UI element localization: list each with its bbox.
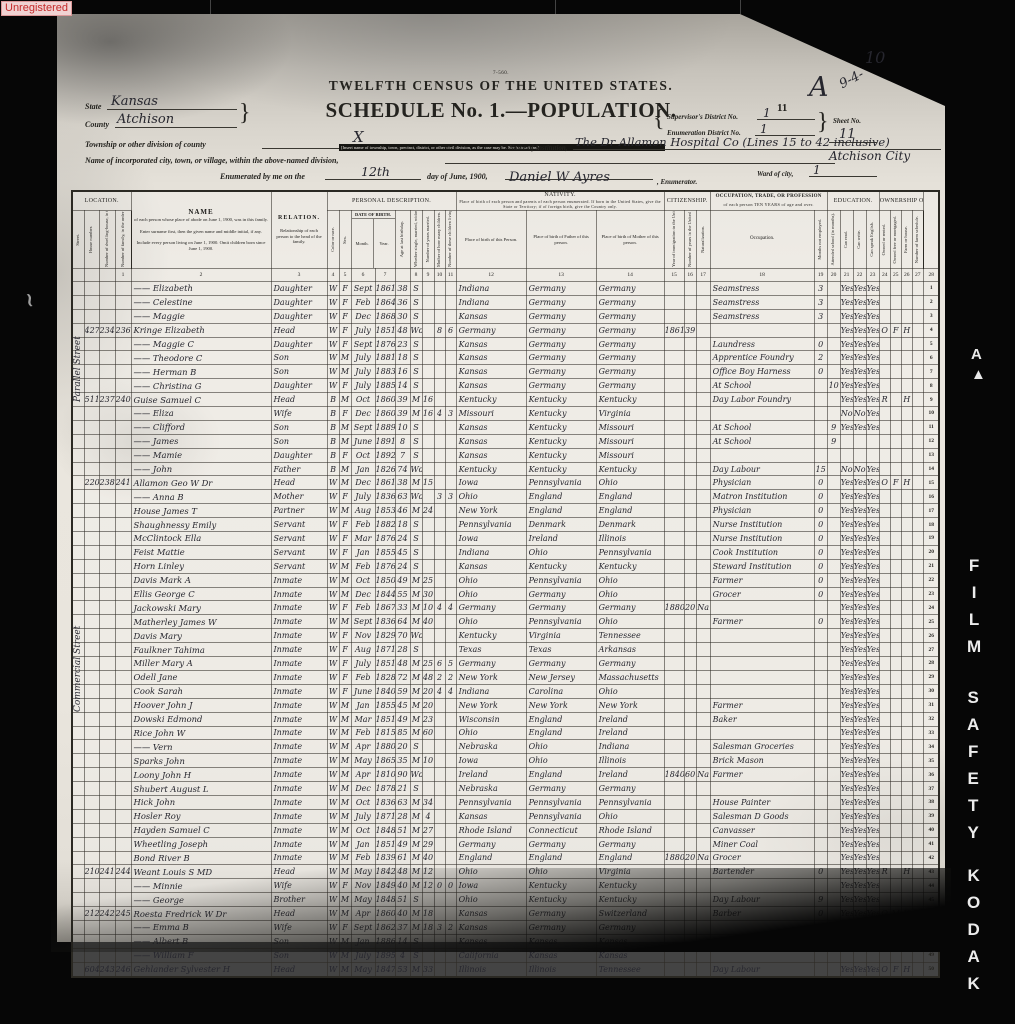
cell-age: 85 — [395, 726, 410, 740]
owned-free-column-header: Owned free or mortgaged. — [890, 211, 901, 269]
cell-mother-birthplace: Pennsylvania — [596, 795, 664, 809]
cell-home-mortgage — [890, 670, 901, 684]
column-number: 10 — [434, 269, 445, 282]
cell-marital-status: S — [410, 532, 422, 546]
cell-age: 39 — [395, 407, 410, 421]
street-cell — [72, 823, 84, 837]
supervisor-district-value: 1 — [763, 106, 771, 120]
cell-name: —— Maggie — [131, 309, 271, 323]
enumerated-rest: day of June, 1900, — [427, 172, 488, 181]
cell-family-number — [115, 670, 131, 684]
cell-can-read: Yes — [840, 532, 853, 546]
cell-family-number: 246 — [115, 962, 131, 976]
cell-age: 20 — [395, 740, 410, 754]
cell-relation: Inmate — [271, 615, 327, 629]
cell-house-number — [84, 559, 99, 573]
cell-birth-year: 1861 — [375, 476, 395, 490]
cell-birth-month: Jan — [351, 462, 375, 476]
cell-children-living: 5 — [445, 657, 456, 671]
cell-dwelling-number — [99, 768, 115, 782]
cell-naturalization — [696, 809, 710, 823]
cell-attended-school — [827, 754, 840, 768]
cell-mother-birthplace: Kentucky — [596, 393, 664, 407]
cell-home-mortgage — [890, 490, 901, 504]
cell-immigration-year — [664, 837, 684, 851]
cell-can-speak-english: Yes — [866, 490, 879, 504]
column-number: 22 — [853, 269, 866, 282]
cell-father-birthplace: Illinois — [526, 962, 596, 976]
cell-name: —— Herman B — [131, 365, 271, 379]
birthplace-mother-column-header: Place of birth of Mother of this person. — [596, 211, 664, 269]
cell-occupation — [710, 323, 814, 337]
cell-family-number — [115, 490, 131, 504]
cell-months-not-employed — [814, 393, 827, 407]
cell-home-owned: R — [879, 393, 890, 407]
cell-relation: Servant — [271, 518, 327, 532]
cell-occupation: At School — [710, 420, 814, 434]
cell-naturalization — [696, 393, 710, 407]
page-number: 11 — [777, 102, 787, 114]
cell-occupation — [710, 407, 814, 421]
cell-birth-year: 1848 — [375, 823, 395, 837]
cell-can-speak-english: Yes — [866, 295, 879, 309]
cell-father-birthplace: Kentucky — [526, 559, 596, 573]
cell-home-owned — [879, 684, 890, 698]
cell-children-born — [434, 351, 445, 365]
cell-house-number — [84, 504, 99, 518]
cell-children-living — [445, 962, 456, 976]
cell-years-married — [422, 490, 434, 504]
line-number: 5 — [923, 337, 939, 351]
cell-can-speak-english: Yes — [866, 670, 879, 684]
cell-birth-year: 1828 — [375, 670, 395, 684]
cell-occupation — [710, 601, 814, 615]
cell-marital-status: S — [410, 351, 422, 365]
line-number: 29 — [923, 670, 939, 684]
cell-farm-schedule — [912, 754, 923, 768]
cell-home-owned — [879, 518, 890, 532]
line-number: 8 — [923, 379, 939, 393]
cell-naturalization — [696, 615, 710, 629]
cell-years-in-us — [684, 462, 696, 476]
cell-house-number: 220 — [84, 476, 99, 490]
cell-house-number — [84, 782, 99, 796]
line-number: 12 — [923, 434, 939, 448]
cell-color: W — [327, 795, 339, 809]
cell-marital-status: S — [410, 379, 422, 393]
cell-home-mortgage — [890, 615, 901, 629]
cell-dwelling-number — [99, 629, 115, 643]
cell-children-born — [434, 823, 445, 837]
cell-color: W — [327, 323, 339, 337]
cell-home-owned: O — [879, 476, 890, 490]
cell-months-not-employed: 3 — [814, 309, 827, 323]
line-number: 17 — [923, 504, 939, 518]
cell-home-mortgage — [890, 657, 901, 671]
cell-home-owned — [879, 559, 890, 573]
cell-farm-or-house — [901, 309, 912, 323]
census-document: 7-560. TWELFTH CENSUS OF THE UNITED STAT… — [57, 14, 945, 942]
cell-dwelling-number: 234 — [99, 323, 115, 337]
cell-sex: F — [339, 518, 351, 532]
cell-mother-birthplace: Virginia — [596, 407, 664, 421]
cell-age: 28 — [395, 809, 410, 823]
census-row: Jackowski MaryInmateWFFeb186733M1044Germ… — [72, 601, 939, 615]
cell-family-number — [115, 712, 131, 726]
census-row: —— ElizabethDaughterWFSept186138SIndiana… — [72, 282, 939, 296]
cell-home-owned — [879, 601, 890, 615]
line-number: 38 — [923, 795, 939, 809]
cell-years-in-us — [684, 657, 696, 671]
cell-children-living — [445, 393, 456, 407]
cell-name: Dowski Edmond — [131, 712, 271, 726]
cell-father-birthplace: Germany — [526, 309, 596, 323]
cell-can-write: Yes — [853, 295, 866, 309]
cell-name: Cook Sarah — [131, 684, 271, 698]
cell-can-write: Yes — [853, 684, 866, 698]
cell-marital-status: Wd — [410, 462, 422, 476]
film-edge-letter: M — [967, 633, 981, 660]
cell-mother-birthplace: Kentucky — [596, 462, 664, 476]
cell-children-born: 4 — [434, 601, 445, 615]
column-number: 26 — [901, 269, 912, 282]
cell-children-born — [434, 782, 445, 796]
cell-birthplace: Ohio — [456, 726, 526, 740]
cell-dwelling-number — [99, 309, 115, 323]
cell-years-married — [422, 365, 434, 379]
cell-birth-month: Jan — [351, 698, 375, 712]
cell-months-not-employed — [814, 629, 827, 643]
line-number-column-header — [923, 191, 939, 269]
cell-can-write: Yes — [853, 282, 866, 296]
cell-children-born — [434, 379, 445, 393]
cell-years-married — [422, 309, 434, 323]
cell-children-living — [445, 809, 456, 823]
cell-months-not-employed: 2 — [814, 351, 827, 365]
cell-years-in-us — [684, 726, 696, 740]
cell-birth-year: 1826 — [375, 462, 395, 476]
cell-immigration-year — [664, 823, 684, 837]
cell-marital-status: M — [410, 504, 422, 518]
cell-children-born — [434, 309, 445, 323]
cell-children-living — [445, 643, 456, 657]
cell-mother-birthplace: Germany — [596, 601, 664, 615]
cell-can-speak-english: Yes — [866, 962, 879, 976]
cell-birthplace: Ohio — [456, 490, 526, 504]
cell-age: 38 — [395, 282, 410, 296]
cell-home-owned — [879, 698, 890, 712]
cell-months-not-employed — [814, 643, 827, 657]
cell-years-in-us — [684, 532, 696, 546]
county-underline — [115, 127, 237, 128]
street-cell — [72, 837, 84, 851]
cell-marital-status: S — [410, 559, 422, 573]
cell-marital-status: M — [410, 851, 422, 865]
cell-farm-schedule — [912, 587, 923, 601]
cell-occupation: Day Labor Foundry — [710, 393, 814, 407]
cell-birth-year: 1876 — [375, 337, 395, 351]
cell-immigration-year — [664, 476, 684, 490]
cell-marital-status: M — [410, 698, 422, 712]
cell-color: W — [327, 559, 339, 573]
farm-house-column-header: Farm or house. — [901, 211, 912, 269]
cell-home-mortgage — [890, 309, 901, 323]
census-row: Bond River BInmateWMFeb183961M40EnglandE… — [72, 851, 939, 865]
line-number: 10 — [923, 407, 939, 421]
cell-immigration-year — [664, 587, 684, 601]
cell-years-married: 25 — [422, 657, 434, 671]
cell-mother-birthplace: Ireland — [596, 768, 664, 782]
cell-birthplace: Kansas — [456, 379, 526, 393]
cell-immigration-year — [664, 670, 684, 684]
cell-farm-schedule — [912, 740, 923, 754]
cell-immigration-year — [664, 379, 684, 393]
cell-birth-year: 1868 — [375, 309, 395, 323]
cell-can-read: Yes — [840, 823, 853, 837]
cell-name: Hick John — [131, 795, 271, 809]
cell-naturalization — [696, 448, 710, 462]
line-number: 24 — [923, 601, 939, 615]
cell-years-married: 16 — [422, 393, 434, 407]
cell-can-speak-english: Yes — [866, 365, 879, 379]
cell-farm-or-house — [901, 851, 912, 865]
cell-children-born — [434, 504, 445, 518]
cell-color: W — [327, 309, 339, 323]
cell-naturalization — [696, 420, 710, 434]
cell-home-mortgage — [890, 726, 901, 740]
cell-home-mortgage — [890, 295, 901, 309]
cell-name: —— Vern — [131, 740, 271, 754]
cell-name: Hayden Samuel C — [131, 823, 271, 837]
cell-birth-month: Mar — [351, 712, 375, 726]
cell-birth-month: Oct — [351, 573, 375, 587]
cell-name: Davis Mark A — [131, 573, 271, 587]
line-number: 19 — [923, 532, 939, 546]
cell-months-not-employed — [814, 851, 827, 865]
cell-naturalization — [696, 823, 710, 837]
cell-naturalization — [696, 518, 710, 532]
cell-name: Feist Mattie — [131, 545, 271, 559]
cell-months-not-employed — [814, 809, 827, 823]
cell-mother-birthplace: England — [596, 504, 664, 518]
cell-farm-or-house — [901, 782, 912, 796]
cell-age: 53 — [395, 962, 410, 976]
line-number: 32 — [923, 712, 939, 726]
cell-age: 10 — [395, 420, 410, 434]
cell-sex: M — [339, 782, 351, 796]
cell-farm-schedule — [912, 434, 923, 448]
cell-can-read: Yes — [840, 782, 853, 796]
cell-age: 24 — [395, 532, 410, 546]
cell-birth-year: 1840 — [375, 684, 395, 698]
cell-mother-birthplace: Rhode Island — [596, 823, 664, 837]
cell-months-not-employed — [814, 712, 827, 726]
cell-children-born — [434, 420, 445, 434]
column-number: 19 — [814, 269, 827, 282]
cell-can-speak-english: Yes — [866, 559, 879, 573]
cell-birth-year: 1867 — [375, 601, 395, 615]
cell-name: Davis Mary — [131, 629, 271, 643]
film-edge-letter: F — [969, 552, 979, 579]
cell-birth-month: Feb — [351, 726, 375, 740]
cell-home-mortgage — [890, 351, 901, 365]
relation-column-header: RELATION. Relationship of each person to… — [271, 191, 327, 269]
cell-mother-birthplace: Missouri — [596, 434, 664, 448]
cell-can-read: Yes — [840, 809, 853, 823]
cell-occupation: Canvasser — [710, 823, 814, 837]
cell-birth-month: Jan — [351, 837, 375, 851]
cell-years-in-us — [684, 782, 696, 796]
cell-attended-school — [827, 851, 840, 865]
cell-years-married — [422, 559, 434, 573]
cell-marital-status: M — [410, 601, 422, 615]
cell-occupation: Nurse Institution — [710, 518, 814, 532]
cell-can-read: Yes — [840, 587, 853, 601]
city-label: Name of incorporated city, town, or vill… — [85, 156, 338, 165]
cell-home-mortgage — [890, 337, 901, 351]
cell-sex: F — [339, 323, 351, 337]
cell-sex: F — [339, 282, 351, 296]
line-number: 3 — [923, 309, 939, 323]
cell-children-born — [434, 434, 445, 448]
census-row: Ellis George CInmateWMDec184455M30OhioGe… — [72, 587, 939, 601]
street-cell — [72, 726, 84, 740]
enumerated-day-underline — [325, 179, 421, 180]
cell-can-read: Yes — [840, 726, 853, 740]
cell-sex: M — [339, 962, 351, 976]
cell-attended-school — [827, 712, 840, 726]
column-number: 9 — [422, 269, 434, 282]
census-row: —— Herman BSonWMJuly188316SKansasGermany… — [72, 365, 939, 379]
line-number: 23 — [923, 587, 939, 601]
cell-birth-year: 1810 — [375, 768, 395, 782]
line-number: 41 — [923, 837, 939, 851]
cell-farm-schedule — [912, 282, 923, 296]
cell-home-owned: O — [879, 323, 890, 337]
cell-dwelling-number — [99, 615, 115, 629]
farm-schedule-column-header: Number of farm schedule. — [912, 211, 923, 269]
cell-can-write: Yes — [853, 768, 866, 782]
cell-name: —— Anna B — [131, 490, 271, 504]
census-row: Hayden Samuel CInmateWMOct184851M27Rhode… — [72, 823, 939, 837]
cell-months-not-employed — [814, 754, 827, 768]
cell-birth-month: Feb — [351, 601, 375, 615]
cell-naturalization — [696, 323, 710, 337]
cell-naturalization: Na — [696, 601, 710, 615]
cell-naturalization — [696, 782, 710, 796]
cell-occupation: Seamstress — [710, 295, 814, 309]
cell-occupation: At School — [710, 434, 814, 448]
cell-months-not-employed: 0 — [814, 504, 827, 518]
cell-occupation: Steward Institution — [710, 559, 814, 573]
cell-years-in-us — [684, 629, 696, 643]
cell-name: Sparks John — [131, 754, 271, 768]
cell-father-birthplace: Ireland — [526, 532, 596, 546]
cell-home-owned: O — [879, 962, 890, 976]
cell-mother-birthplace: Germany — [596, 295, 664, 309]
cell-home-mortgage — [890, 712, 901, 726]
cell-house-number — [84, 295, 99, 309]
cell-children-living — [445, 629, 456, 643]
column-numbers-row: 1234567891011121314151617181920212223242… — [72, 269, 939, 282]
cell-farm-schedule — [912, 601, 923, 615]
cell-birthplace: Rhode Island — [456, 823, 526, 837]
cell-can-write: Yes — [853, 837, 866, 851]
cell-family-number — [115, 282, 131, 296]
cell-house-number — [84, 434, 99, 448]
mother-children-column-header: Mother of how many children. — [434, 211, 445, 269]
cell-can-read: Yes — [840, 504, 853, 518]
cell-color: W — [327, 851, 339, 865]
street-cell — [72, 809, 84, 823]
film-edge-letter: O — [967, 889, 980, 916]
street-cell — [72, 712, 84, 726]
cell-relation: Daughter — [271, 309, 327, 323]
cell-birth-year: 1871 — [375, 643, 395, 657]
line-number: 2 — [923, 295, 939, 309]
cell-can-speak-english: Yes — [866, 795, 879, 809]
cell-naturalization — [696, 587, 710, 601]
cell-family-number — [115, 573, 131, 587]
line-number: 28 — [923, 657, 939, 671]
cell-children-living — [445, 420, 456, 434]
cell-children-living — [445, 587, 456, 601]
cell-can-read: Yes — [840, 684, 853, 698]
cell-children-living — [445, 545, 456, 559]
cell-naturalization — [696, 462, 710, 476]
cell-children-living — [445, 295, 456, 309]
cell-marital-status: S — [410, 545, 422, 559]
cell-months-not-employed: 0 — [814, 518, 827, 532]
cell-years-in-us — [684, 379, 696, 393]
cell-house-number — [84, 657, 99, 671]
column-number: 20 — [827, 269, 840, 282]
cell-family-number — [115, 657, 131, 671]
cell-can-write: Yes — [853, 657, 866, 671]
cell-home-mortgage — [890, 448, 901, 462]
cell-birthplace: Ohio — [456, 587, 526, 601]
cell-father-birthplace: Kentucky — [526, 420, 596, 434]
cell-immigration-year — [664, 573, 684, 587]
cell-color: W — [327, 337, 339, 351]
cell-dwelling-number — [99, 823, 115, 837]
cell-attended-school — [827, 726, 840, 740]
cell-can-write: Yes — [853, 587, 866, 601]
cell-birthplace: New York — [456, 698, 526, 712]
cell-farm-schedule — [912, 573, 923, 587]
cell-age: 30 — [395, 309, 410, 323]
cell-birth-year: 1851 — [375, 657, 395, 671]
cell-immigration-year — [664, 629, 684, 643]
ward-value: 1 — [813, 163, 821, 177]
cell-home-owned — [879, 587, 890, 601]
cell-months-not-employed — [814, 740, 827, 754]
cell-can-read: Yes — [840, 351, 853, 365]
cell-age: 8 — [395, 434, 410, 448]
cell-family-number: 240 — [115, 393, 131, 407]
cell-immigration-year — [664, 295, 684, 309]
street-column-header: Street. — [72, 211, 84, 269]
cell-children-born — [434, 851, 445, 865]
cell-birth-month: Feb — [351, 559, 375, 573]
cell-naturalization — [696, 379, 710, 393]
cell-age: 72 — [395, 670, 410, 684]
cell-children-born: 2 — [434, 670, 445, 684]
cell-farm-schedule — [912, 712, 923, 726]
cell-dwelling-number — [99, 754, 115, 768]
street-name-vertical: Parallel Street — [73, 276, 83, 402]
cell-months-not-employed: 0 — [814, 573, 827, 587]
